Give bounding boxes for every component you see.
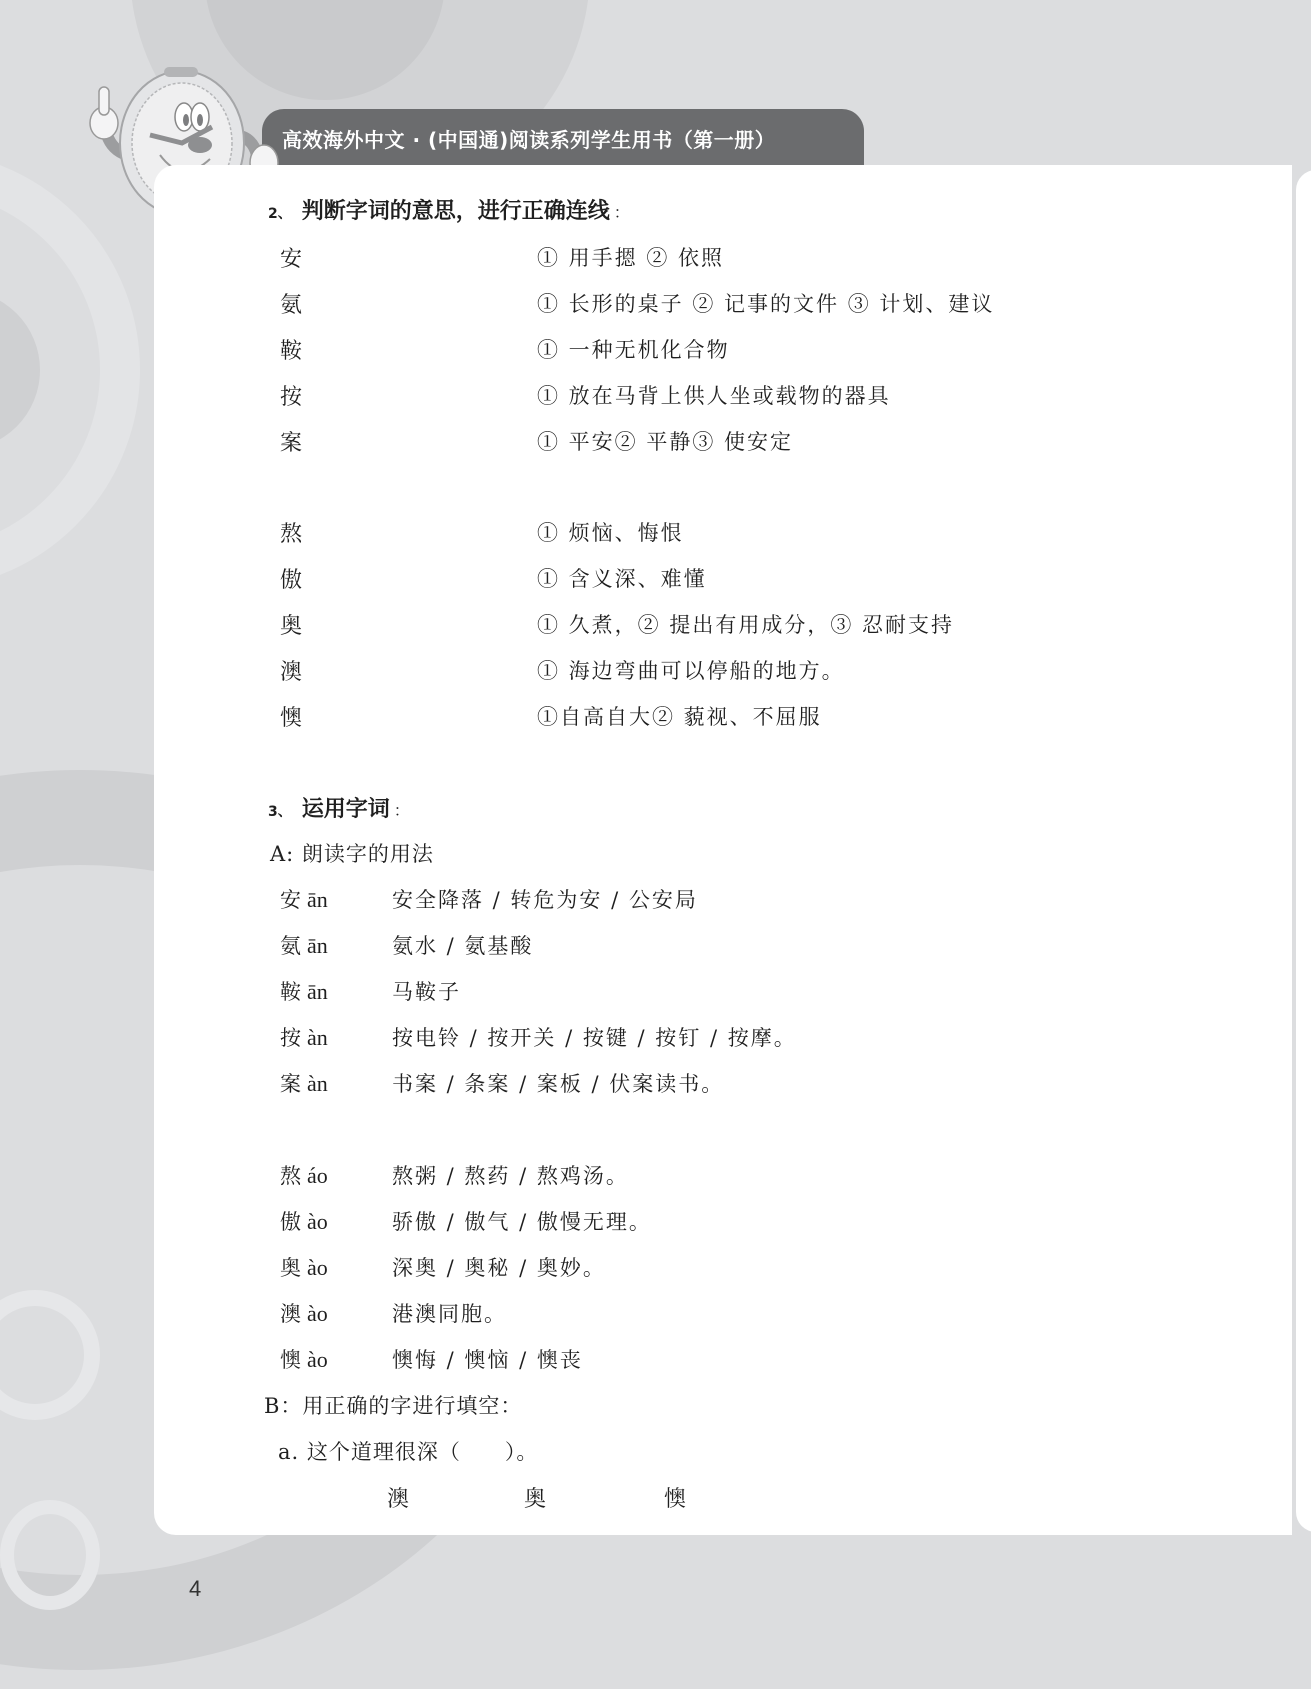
page-number: 4	[189, 1576, 201, 1602]
match-meaning: ① 一种无机化合物	[537, 334, 730, 364]
section-3-number: 3、	[268, 804, 292, 820]
section-2-colon: ：	[614, 203, 630, 222]
match-char: 熬	[280, 517, 302, 548]
section-3-colon: ：	[394, 801, 410, 820]
usage-char-pinyin: 奥ào	[280, 1252, 328, 1282]
match-meaning: ① 放在马背上供人坐或载物的器具	[537, 380, 891, 410]
usage-char-pinyin: 氨ān	[280, 930, 328, 960]
usage-words: 书案 / 条案 / 案板 / 伏案读书。	[392, 1068, 724, 1098]
pinyin: àn	[307, 1025, 328, 1050]
pinyin: ān	[307, 933, 328, 958]
background-ring-bottom-2	[0, 1500, 100, 1610]
match-meaning: ① 用手摁 ② 依照	[537, 242, 724, 272]
usage-words: 安全降落 / 转危为安 / 公安局	[392, 884, 698, 914]
match-meaning: ① 含义深、难懂	[537, 563, 707, 593]
pinyin: ào	[307, 1347, 328, 1372]
match-char: 傲	[280, 563, 302, 594]
question-a: a. 这个道理很深（ ）。	[278, 1436, 538, 1466]
usage-words: 氨水 / 氨基酸	[392, 930, 533, 960]
match-meaning: ①自高自大② 藐视、不屈服	[537, 701, 822, 731]
usage-words: 骄傲 / 傲气 / 傲慢无理。	[392, 1206, 652, 1236]
usage-words: 按电铃 / 按开关 / 按键 / 按钉 / 按摩。	[392, 1022, 797, 1052]
match-char: 鞍	[280, 334, 302, 365]
choice-option: 澳	[387, 1482, 409, 1513]
match-char: 氨	[280, 288, 302, 319]
usage-words: 懊悔 / 懊恼 / 懊丧	[392, 1344, 583, 1374]
pinyin: ào	[307, 1255, 328, 1280]
match-meaning: ① 久煮，② 提出有用成分，③ 忍耐支持	[537, 609, 954, 639]
section-2-title: 判断字词的意思，进行正确连线	[302, 199, 610, 224]
book-title: 高效海外中文 · (中国通)阅读系列学生用书（第一册）	[282, 124, 775, 153]
usage-char-pinyin: 鞍ān	[280, 976, 328, 1006]
usage-words: 深奥 / 奥秘 / 奥妙。	[392, 1252, 606, 1282]
section-3-title: 运用字词	[302, 797, 390, 822]
part-a-label: A: 朗读字的用法	[270, 838, 434, 868]
match-char: 案	[280, 426, 302, 457]
usage-char-pinyin: 按àn	[280, 1022, 328, 1052]
usage-words: 熬粥 / 熬药 / 熬鸡汤。	[392, 1160, 629, 1190]
match-char: 安	[280, 242, 302, 273]
usage-char-pinyin: 懊ào	[280, 1344, 328, 1374]
match-meaning: ① 烦恼、悔恨	[537, 517, 684, 547]
match-meaning: ① 海边弯曲可以停船的地方。	[537, 655, 845, 685]
section-2-heading: 2、判断字词的意思，进行正确连线：	[268, 194, 630, 225]
match-char: 奥	[280, 609, 302, 640]
section-3-heading: 3、运用字词：	[268, 792, 410, 823]
usage-words: 港澳同胞。	[392, 1298, 507, 1328]
usage-char-pinyin: 熬áo	[280, 1160, 328, 1190]
next-page-edge	[1296, 170, 1311, 1532]
section-2-number: 2、	[268, 206, 292, 222]
usage-char-pinyin: 傲ào	[280, 1206, 328, 1236]
match-char: 澳	[280, 655, 302, 686]
usage-char-pinyin: 澳ào	[280, 1298, 328, 1328]
choice-option: 奥	[524, 1482, 546, 1513]
pinyin: áo	[307, 1163, 328, 1188]
pinyin: àn	[307, 1071, 328, 1096]
match-char: 懊	[280, 701, 302, 732]
match-meaning: ① 平安② 平静③ 使安定	[537, 426, 793, 456]
usage-char-pinyin: 安ān	[280, 884, 328, 914]
usage-char-pinyin: 案àn	[280, 1068, 328, 1098]
pinyin: ào	[307, 1301, 328, 1326]
usage-words: 马鞍子	[392, 976, 461, 1006]
pinyin: ān	[307, 887, 328, 912]
pinyin: ān	[307, 979, 328, 1004]
match-char: 按	[280, 380, 302, 411]
part-b-label: B：用正确的字进行填空：	[264, 1390, 522, 1420]
choice-option: 懊	[664, 1482, 686, 1513]
match-meaning: ① 长形的桌子 ② 记事的文件 ③ 计划、建议	[537, 288, 994, 318]
pinyin: ào	[307, 1209, 328, 1234]
